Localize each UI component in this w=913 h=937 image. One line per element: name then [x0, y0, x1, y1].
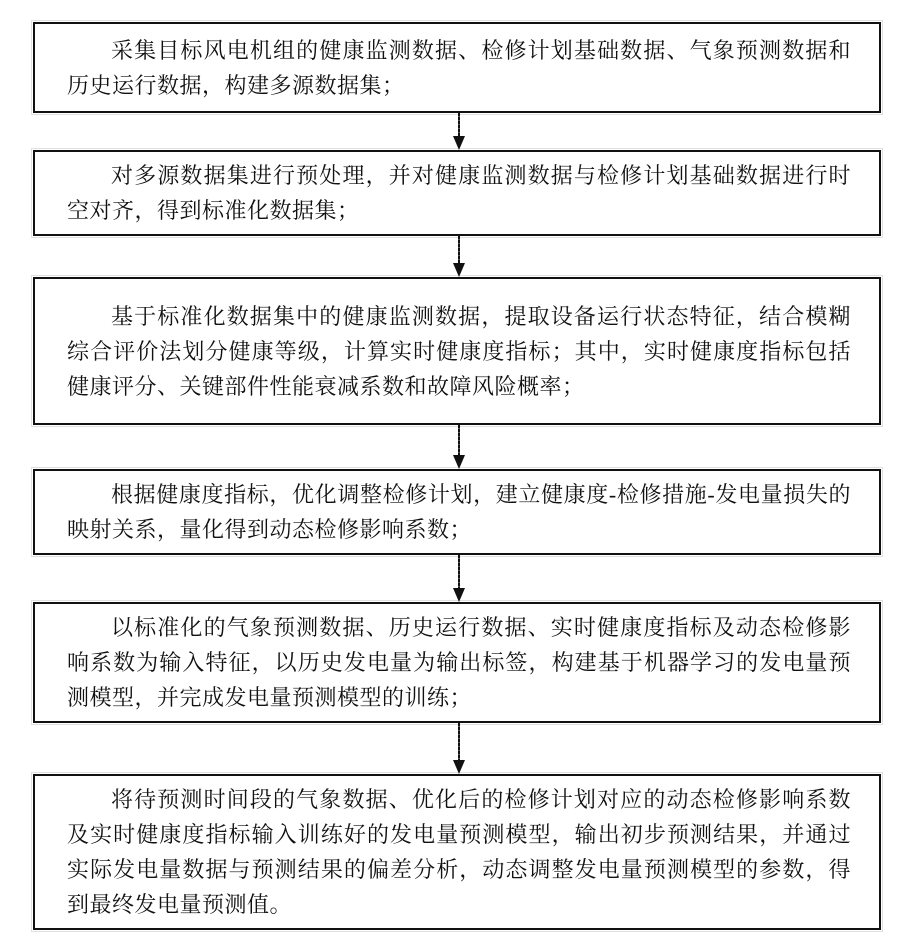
flow-step-4-box: 根据健康度指标，优化调整检修计划，建立健康度-检修措施-发电量损失的映射关系，量…	[33, 469, 881, 555]
flow-step-1-text: 采集目标风电机组的健康监测数据、检修计划基础数据、气象预测数据和历史运行数据，构…	[67, 33, 851, 103]
flowchart-page: 采集目标风电机组的健康监测数据、检修计划基础数据、气象预测数据和历史运行数据，构…	[0, 0, 913, 937]
arrow-shaft	[458, 555, 460, 590]
down-arrow-icon	[452, 555, 466, 602]
connector-2	[33, 236, 881, 277]
connector-1	[33, 113, 881, 150]
flow-step-6-box: 将待预测时间段的气象数据、优化后的检修计划对应的动态检修影响系数及实时健康度指标…	[33, 774, 881, 930]
flow-step-6-text: 将待预测时间段的气象数据、优化后的检修计划对应的动态检修影响系数及实时健康度指标…	[67, 782, 851, 922]
arrow-head	[453, 588, 465, 602]
arrow-head	[453, 263, 465, 277]
arrow-shaft	[458, 425, 460, 457]
flow-step-3-text: 基于标准化数据集中的健康监测数据，提取设备运行状态特征，结合模糊综合评价法划分健…	[67, 299, 851, 404]
connector-4	[33, 555, 881, 602]
down-arrow-icon	[452, 236, 466, 277]
arrow-shaft	[458, 723, 460, 762]
flow-step-5-text: 以标准化的气象预测数据、历史运行数据、实时健康度指标及动态检修影响系数为输入特征…	[67, 610, 851, 715]
connector-3	[33, 425, 881, 469]
arrow-head	[453, 455, 465, 469]
method-flowchart: 采集目标风电机组的健康监测数据、检修计划基础数据、气象预测数据和历史运行数据，构…	[33, 22, 881, 930]
flow-step-1-box: 采集目标风电机组的健康监测数据、检修计划基础数据、气象预测数据和历史运行数据，构…	[33, 22, 881, 113]
down-arrow-icon	[452, 723, 466, 774]
connector-5	[33, 723, 881, 774]
flow-step-5-box: 以标准化的气象预测数据、历史运行数据、实时健康度指标及动态检修影响系数为输入特征…	[33, 602, 881, 723]
down-arrow-icon	[452, 113, 466, 150]
arrow-shaft	[458, 113, 460, 138]
flow-step-3-box: 基于标准化数据集中的健康监测数据，提取设备运行状态特征，结合模糊综合评价法划分健…	[33, 277, 881, 425]
flow-step-4-text: 根据健康度指标，优化调整检修计划，建立健康度-检修措施-发电量损失的映射关系，量…	[67, 477, 851, 547]
flow-step-2-box: 对多源数据集进行预处理，并对健康监测数据与检修计划基础数据进行时空对齐，得到标准…	[33, 150, 881, 236]
flow-step-2-text: 对多源数据集进行预处理，并对健康监测数据与检修计划基础数据进行时空对齐，得到标准…	[67, 158, 851, 228]
arrow-head	[453, 760, 465, 774]
arrow-shaft	[458, 236, 460, 265]
arrow-head	[453, 136, 465, 150]
down-arrow-icon	[452, 425, 466, 469]
